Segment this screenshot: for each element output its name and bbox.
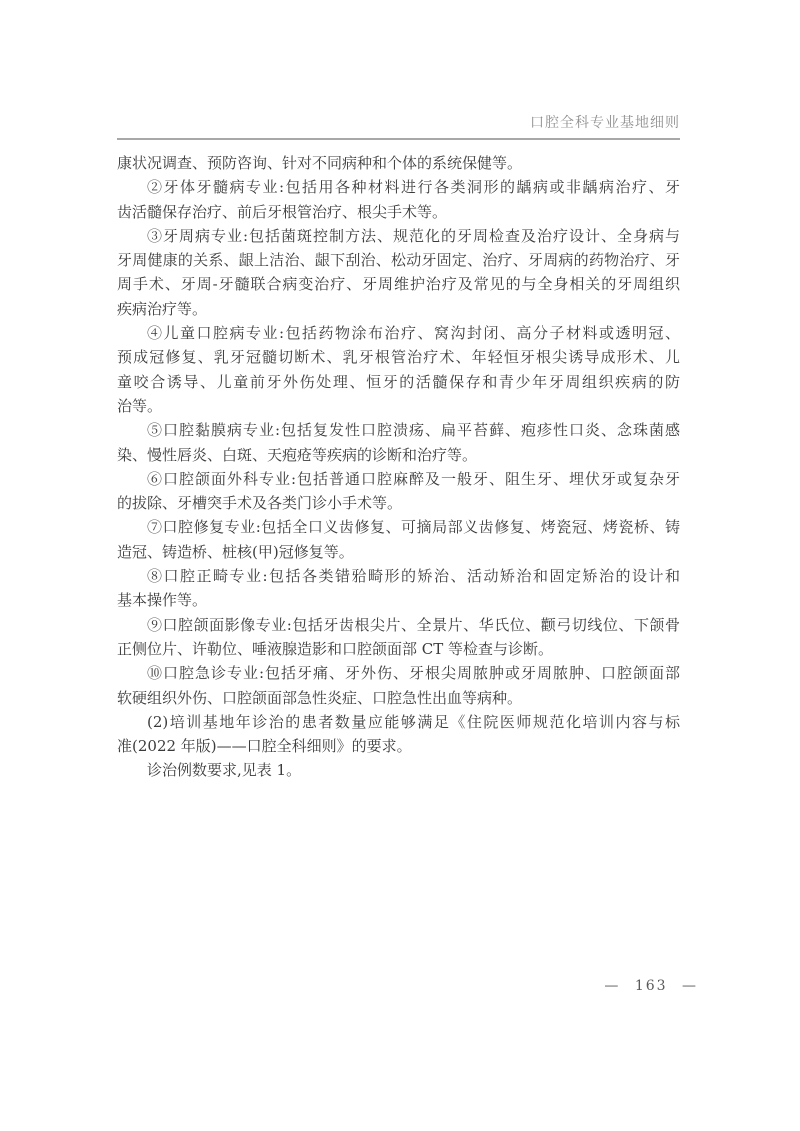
text-line: ⑧口腔正畸专业:包括各类错𬌗畸形的矫治、活动矫治和固定矫治的设计和: [117, 564, 680, 588]
text-line: ⑥口腔颌面外科专业:包括普通口腔麻醉及一般牙、阻生牙、埋伏牙或复杂牙: [117, 467, 680, 491]
text-line: 康状况调查、预防咨询、针对不同病种和个体的系统保健等。: [117, 151, 680, 175]
header-rule: [117, 138, 680, 140]
text-line: 软硬组织外伤、口腔颌面部急性炎症、口腔急性出血等病种。: [117, 686, 680, 710]
text-line: 正侧位片、许勒位、唾液腺造影和口腔颌面部 CT 等检查与诊断。: [117, 637, 680, 661]
text-line: 基本操作等。: [117, 588, 680, 612]
text-line: 齿活髓保存治疗、前后牙根管治疗、根尖手术等。: [117, 200, 680, 224]
text-line: 周手术、牙周-牙髓联合病变治疗、牙周维护治疗及常见的与全身相关的牙周组织: [117, 272, 680, 296]
text-line: 童咬合诱导、儿童前牙外伤处理、恒牙的活髓保存和青少年牙周组织疾病的防: [117, 370, 680, 394]
text-line: ⑤口腔黏膜病专业:包括复发性口腔溃疡、扁平苔藓、疱疹性口炎、念珠菌感: [117, 418, 680, 442]
body-text-block: 康状况调查、预防咨询、针对不同病种和个体的系统保健等。②牙体牙髓病专业:包括用各…: [117, 151, 680, 783]
text-line: ③牙周病专业:包括菌斑控制方法、规范化的牙周检查及治疗设计、全身病与: [117, 224, 680, 248]
text-line: 预成冠修复、乳牙冠髓切断术、乳牙根管治疗术、年轻恒牙根尖诱导成形术、儿: [117, 345, 680, 369]
text-line: 牙周健康的关系、龈上洁治、龈下刮治、松动牙固定、治疗、牙周病的药物治疗、牙: [117, 248, 680, 272]
running-header-title: 口腔全科专业基地细则: [117, 112, 680, 132]
page-number: — 163 —: [480, 978, 698, 994]
text-line: ④儿童口腔病专业:包括药物涂布治疗、窝沟封闭、高分子材料或透明冠、: [117, 321, 680, 345]
text-line: ⑨口腔颌面影像专业:包括牙齿根尖片、全景片、华氏位、颧弓切线位、下颌骨: [117, 613, 680, 637]
text-line: 染、慢性唇炎、白斑、天疱疮等疾病的诊断和治疗等。: [117, 443, 680, 467]
text-line: 诊治例数要求,见表 1。: [117, 758, 680, 782]
text-line: 治等。: [117, 394, 680, 418]
text-line: 的拔除、牙槽突手术及各类门诊小手术等。: [117, 491, 680, 515]
text-line: (2)培训基地年诊治的患者数量应能够满足《住院医师规范化培训内容与标: [117, 710, 680, 734]
text-line: 造冠、铸造桥、桩核(甲)冠修复等。: [117, 540, 680, 564]
text-line: ②牙体牙髓病专业:包括用各种材料进行各类洞形的龋病或非龋病治疗、牙: [117, 175, 680, 199]
text-line: ⑦口腔修复专业:包括全口义齿修复、可摘局部义齿修复、烤瓷冠、烤瓷桥、铸: [117, 515, 680, 539]
text-line: ⑩口腔急诊专业:包括牙痛、牙外伤、牙根尖周脓肿或牙周脓肿、口腔颌面部: [117, 661, 680, 685]
document-page: 口腔全科专业基地细则 康状况调查、预防咨询、针对不同病种和个体的系统保健等。②牙…: [0, 0, 800, 1131]
text-line: 疾病治疗等。: [117, 297, 680, 321]
text-line: 准(2022 年版)——口腔全科细则》的要求。: [117, 734, 680, 758]
